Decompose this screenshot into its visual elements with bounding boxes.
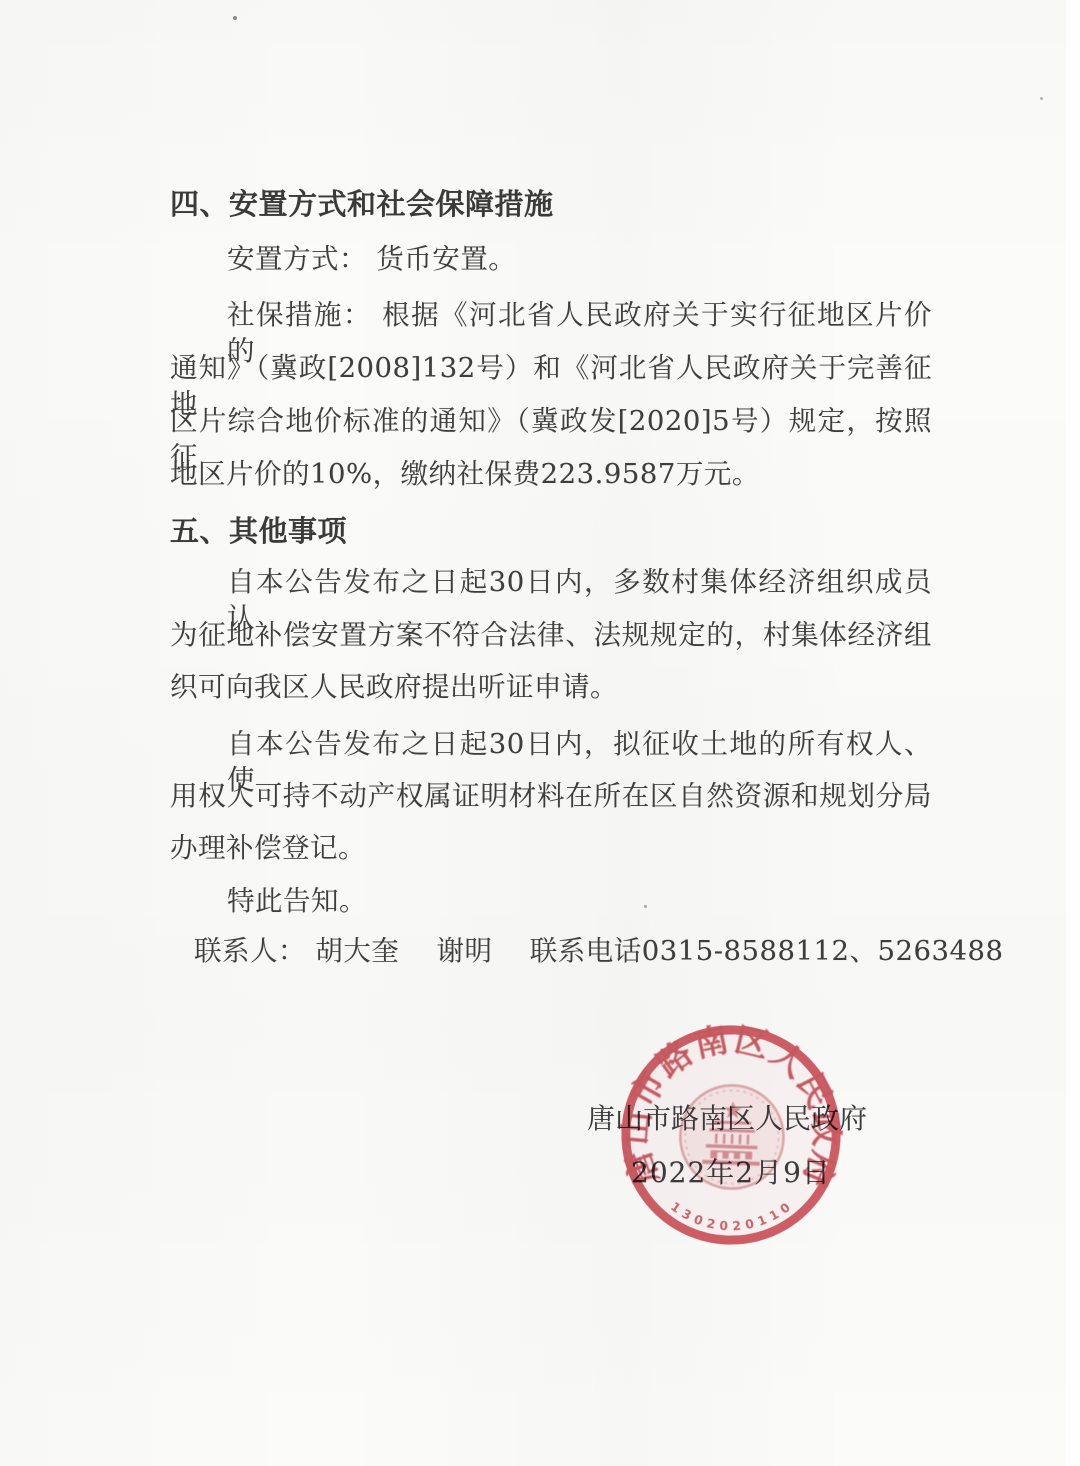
national-emblem-icon [679, 1084, 786, 1191]
scan-speck [644, 905, 647, 908]
registration-paragraph-line-2: 用权人可持不动产权属证明材料在所在区自然资源和规划分局 [170, 779, 932, 815]
scan-speck [233, 16, 237, 20]
social-security-line-4: 地区片价的10%，缴纳社保费223.9587万元。 [170, 457, 932, 493]
official-seal: 唐山市路南区人民政府 [608, 1012, 854, 1258]
hearing-paragraph-line-2: 为征地补偿安置方案不符合法律、法规规定的，村集体经济组 [170, 618, 932, 654]
contact-line: 联系人： 胡大奎 谢明 联系电话0315-8588112、5263488 [170, 934, 956, 970]
hearing-paragraph-line-3: 织可向我区人民政府提出听证申请。 [170, 670, 932, 706]
section4-heading: 四、安置方式和社会保障措施 [170, 186, 932, 224]
closing-line: 特此告知。 [170, 884, 932, 920]
scan-speck [1040, 97, 1043, 100]
document-page: 四、安置方式和社会保障措施 安置方式： 货币安置。 社保措施： 根据《河北省人民… [0, 0, 1080, 1466]
scan-edge [1066, 0, 1080, 1466]
section5-heading: 五、其他事项 [170, 513, 932, 551]
registration-paragraph-line-3: 办理补偿登记。 [170, 831, 932, 867]
resettlement-method-line: 安置方式： 货币安置。 [170, 242, 932, 278]
